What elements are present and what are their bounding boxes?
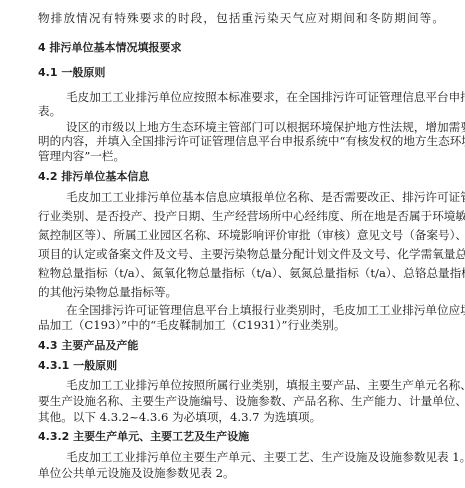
text-line: 粒物总量指标（t/a）、氮氧化物总量指标（t/a）、氨氮总量指标（t/a）、总铬… xyxy=(38,266,444,280)
section-heading-4-2: 4.2 排污单位基本信息 xyxy=(38,170,444,184)
text-line: 物排放情况有特殊要求的时段，包括重污染天气应对期间和冬防期间等。 xyxy=(38,11,444,25)
text-line: 管理内容”一栏。 xyxy=(38,149,444,163)
section-heading-4-3: 4.3 主要产品及产能 xyxy=(38,339,444,353)
section-heading-4: 4 排污单位基本情况填报要求 xyxy=(38,41,444,55)
text-line: 其他。以下 4.3.2~4.3.6 为必填项，4.3.7 为选填项。 xyxy=(38,410,444,424)
text-line: 明的内容，并填入全国排污许可证管理信息平台申报系统中“有核发权的地方生态环境主管… xyxy=(38,134,444,148)
paragraph-line: 在全国排污许可证管理信息平台上填报行业类别时，毛皮加工工业排污单位应填报“毛皮鞣… xyxy=(66,303,444,317)
paragraph-line: 设区的市级以上地方生态环境主管部门可以根据环境保护地方性法规，增加需要在排污许可… xyxy=(66,120,444,134)
text-line: 单位公共单元设施及设施参数见表 2。 xyxy=(38,466,444,480)
section-heading-4-3-2: 4.3.2 主要生产单元、主要工艺及生产设施 xyxy=(38,430,444,444)
text-line: 要生产设施名称、主要生产设施编号、设施参数、产品名称、生产能力、计量单位、设计年… xyxy=(38,394,444,408)
text-line: 氮控制区等）、所属工业园区名称、环境影响评价审批（审核）意见文号（备案号）、地方… xyxy=(38,228,444,242)
paragraph-line: 毛皮加工工业排污单位主要生产单元、主要工艺、生产设施及设施参数见表 1。毛皮加工… xyxy=(66,450,444,464)
section-heading-4-1: 4.1 一般原则 xyxy=(38,66,444,80)
text-line: 品加工（C193）”中的“毛皮鞣制加工（C1931）”行业类别。 xyxy=(38,318,444,332)
paragraph-line: 毛皮加工工业排污单位按照所属行业类别，填报主要产品、主要生产单元名称、主要工艺名… xyxy=(66,378,444,392)
text-line: 表。 xyxy=(38,104,444,118)
text-line: 行业类别、是否投产、投产日期、生产经营场所中心经纬度、所在地是否属于环境敏感区（… xyxy=(38,209,444,223)
text-line: 的其他污染物总量指标等。 xyxy=(38,285,444,299)
text-line: 项目的认定或备案文件及文号、主要污染物总量分配计划文件及文号、化学需氧量总量指标… xyxy=(38,247,444,261)
paragraph-line: 毛皮加工工业排污单位应按照本标准要求，在全国排污许可证管理信息平台申报系统填报相… xyxy=(66,90,444,104)
paragraph-line: 毛皮加工工业排污单位基本信息应填报单位名称、是否需要改正、排污许可证管理类别、邮… xyxy=(66,190,444,204)
section-heading-4-3-1: 4.3.1 一般原则 xyxy=(38,359,444,373)
